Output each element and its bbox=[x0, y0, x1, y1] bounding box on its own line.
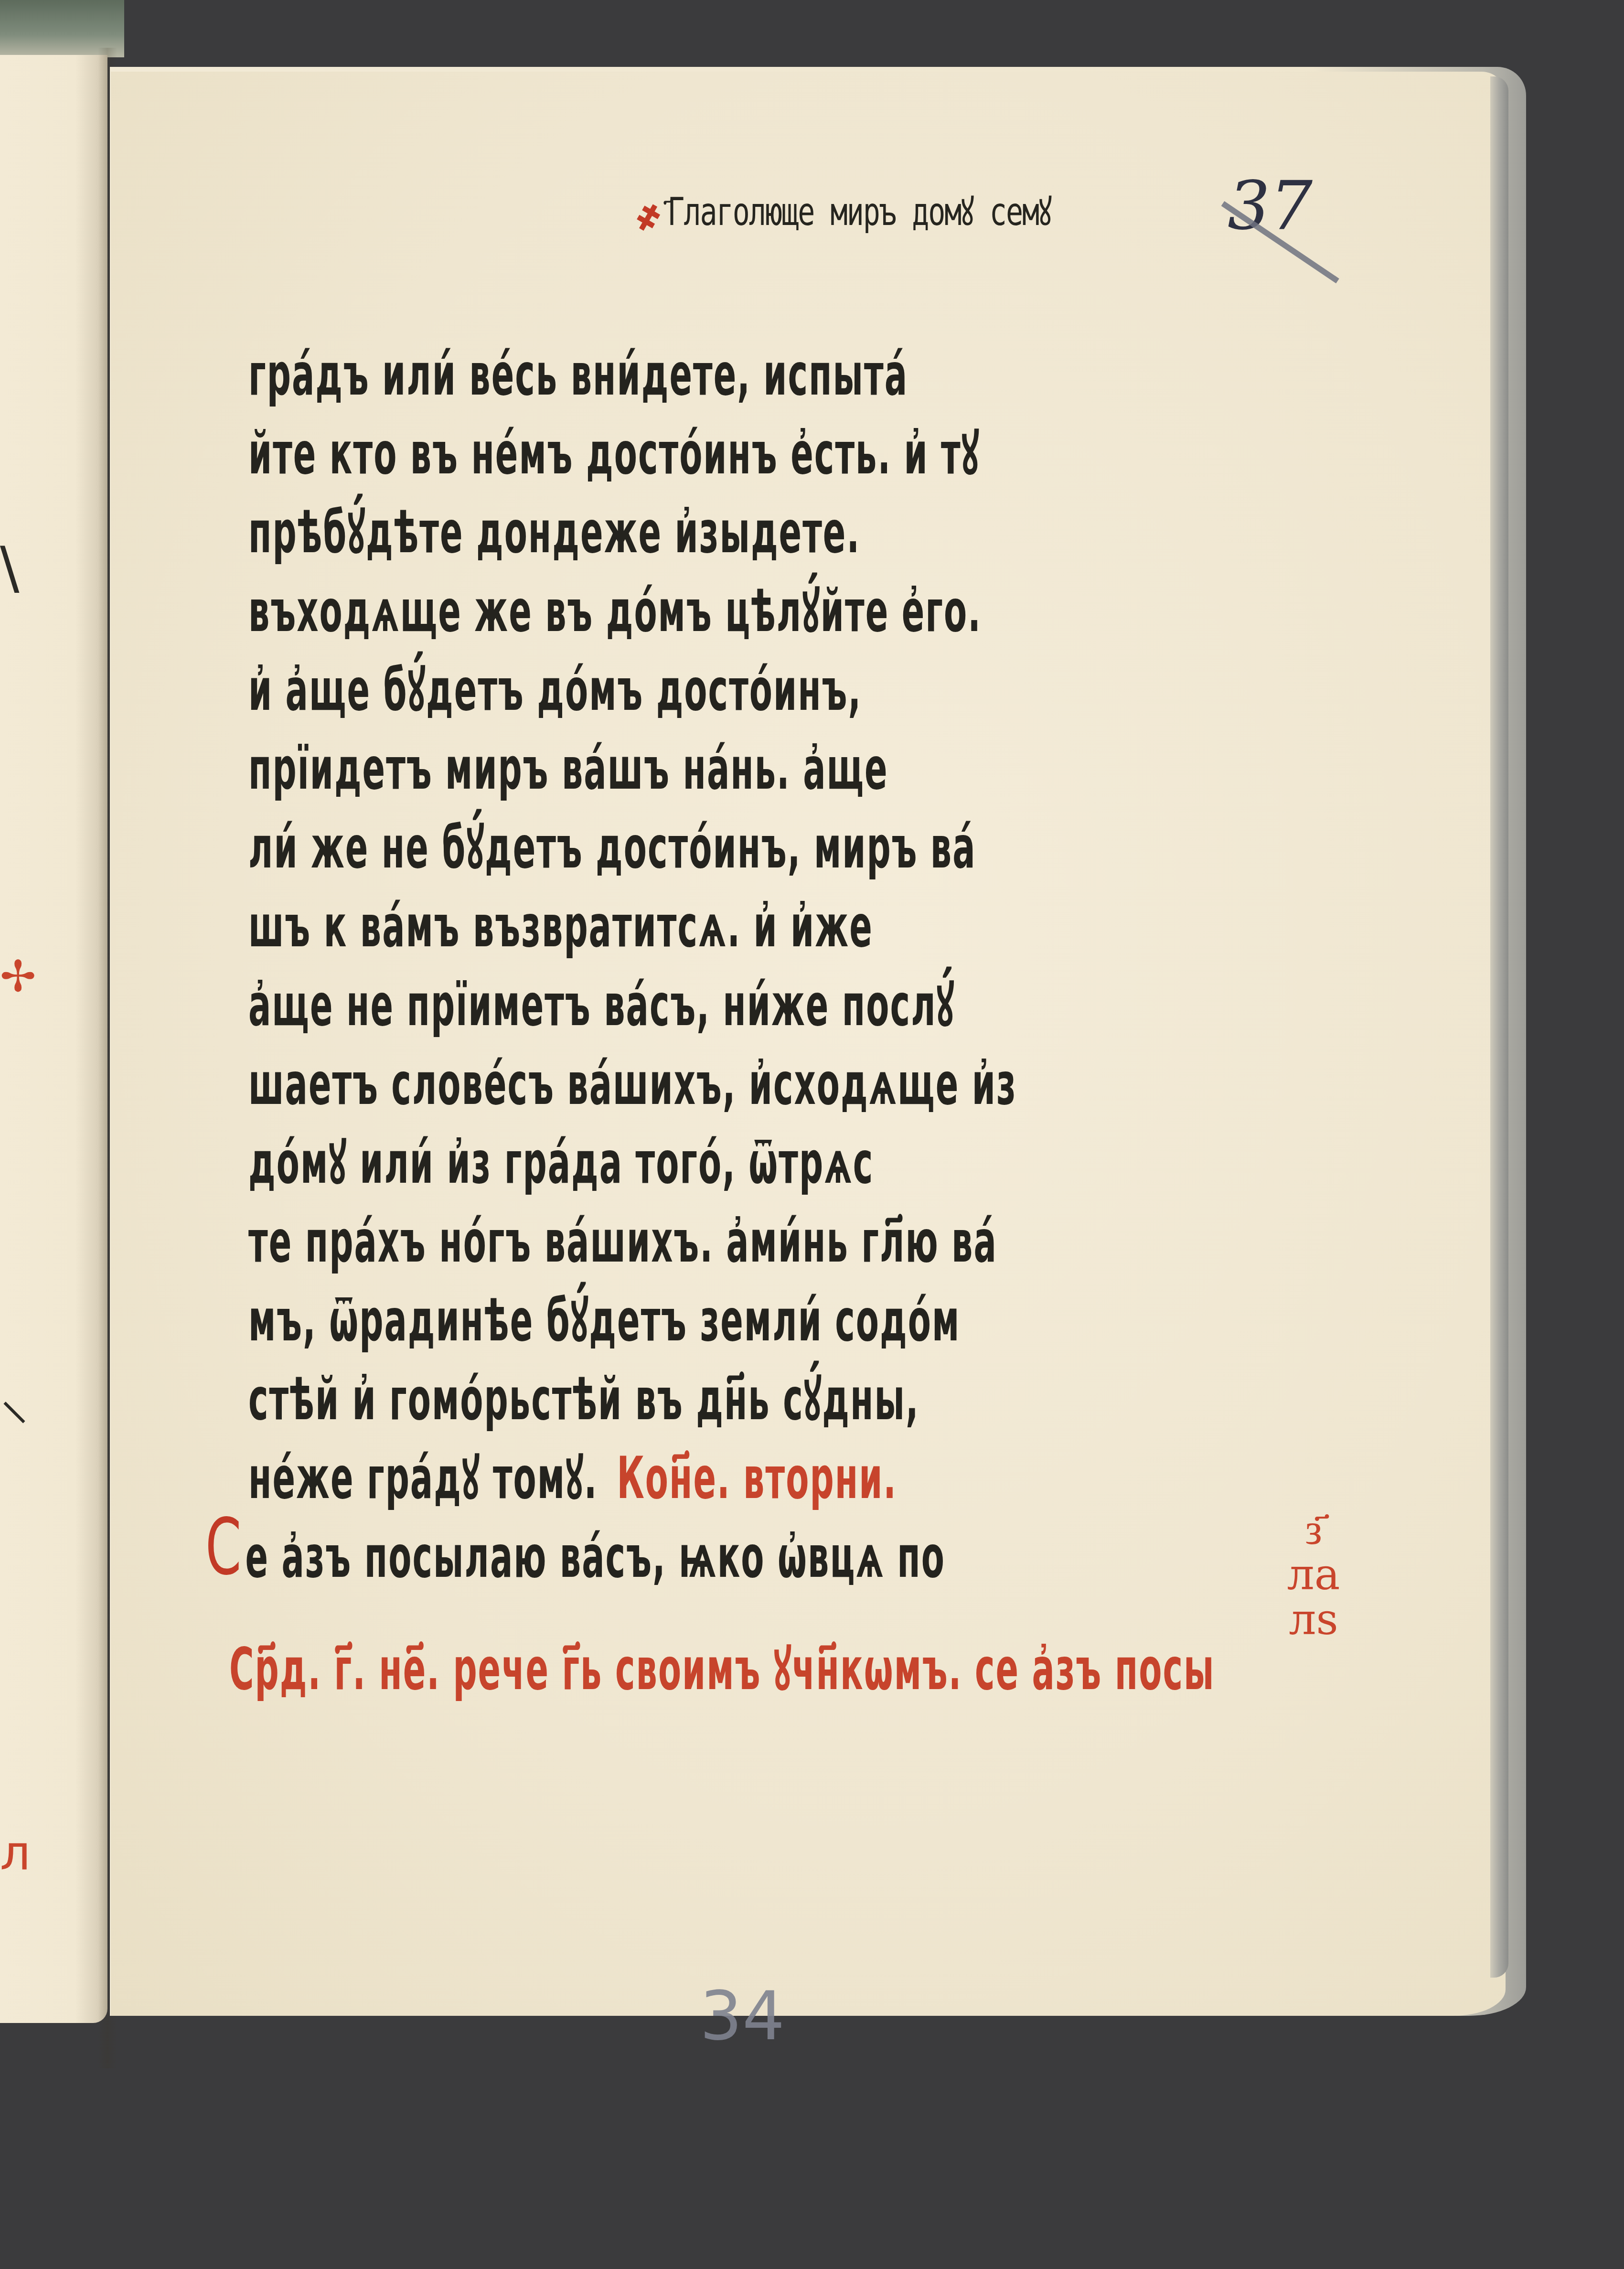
text-line: стѣй и҆ гомо́рьстѣй въ дн҃ь сꙋ́дны, bbox=[248, 1354, 1228, 1433]
page-fore-edge bbox=[1490, 76, 1508, 1978]
text-line: йте кто въ не́мъ досто́инъ е҆сть. и҆ тꙋ bbox=[248, 408, 1228, 487]
running-header: ҂ ҃Глаголюще миръ домꙋ семꙋ bbox=[635, 182, 1051, 239]
text-line: шъ к ва́мъ възвратитсѧ. и҆ и҆же bbox=[248, 881, 1228, 960]
text-line-content: не́же гра́дꙋ томꙋ. bbox=[248, 1450, 598, 1512]
folio-number: 37 bbox=[1223, 167, 1347, 263]
red-initial: С bbox=[205, 1509, 242, 1591]
text-line: С е а҆зъ посылаю ва́съ, ѩко ѡ҆вцѧ по bbox=[205, 1512, 1228, 1591]
text-line-content: въходѧще же въ до́мъ цѣлꙋ́йте е҆го. bbox=[248, 583, 982, 645]
text-line-content: гра́дъ или́ ве́сь вни́дете, испыта́ bbox=[248, 346, 908, 408]
left-page-fragment: ✢ bbox=[0, 955, 36, 998]
left-page-fragment: ⸌ bbox=[0, 1395, 29, 1452]
text-line: те пра́хъ но́гъ ва́шихъ. а҆ми́нь гл҃ю ва… bbox=[248, 1197, 1228, 1275]
section-mark-icon: ҂ bbox=[635, 184, 662, 236]
margin-note-line: лѕ bbox=[1285, 1597, 1342, 1643]
text-line: а҆ще не прїиметъ ва́съ, ни́же послꙋ́ bbox=[248, 960, 1228, 1039]
text-line: въходѧще же въ до́мъ цѣлꙋ́йте е҆го. bbox=[248, 566, 1228, 645]
text-line: и҆ а҆ще бꙋ́детъ до́мъ досто́инъ, bbox=[248, 645, 1228, 724]
text-line: до́мꙋ или́ и҆з гра́да того́, ѿтрѧс bbox=[248, 1118, 1228, 1197]
text-line-content: а҆ще не прїиметъ ва́съ, ни́же послꙋ́ bbox=[248, 977, 955, 1039]
main-text: гра́дъ или́ ве́сь вни́дете, испыта́ йте … bbox=[248, 330, 1228, 1703]
rubric-line: Ср҃д. г҃. не҃. рече г҃ь своимъ ꙋчн҃кѡмъ.… bbox=[229, 1624, 1228, 1703]
text-line: не́же гра́дꙋ томꙋ. Кон҃е. вторни. bbox=[248, 1433, 1228, 1512]
text-line-content: прїидетъ миръ ва́шъ на́нь. а҆ще bbox=[248, 740, 888, 803]
text-line-content: и҆ а҆ще бꙋ́детъ до́мъ досто́инъ, bbox=[248, 662, 862, 724]
left-page-fragment: л bbox=[0, 1830, 31, 1877]
text-line-content: шъ к ва́мъ възвратитсѧ. и҆ и҆же bbox=[248, 898, 873, 960]
rubric-end-marker: Кон҃е. вторни. bbox=[617, 1450, 897, 1512]
text-line: шаетъ слове́съ ва́шихъ, и҆сходѧще и҆з bbox=[248, 1039, 1228, 1118]
text-line: прѣбꙋ́дѣте дондеже и҆зыдете. bbox=[248, 487, 1228, 566]
pencil-page-number: 34 bbox=[700, 1978, 785, 2055]
text-line-content: е а҆зъ посылаю ва́съ, ѩко ѡ҆вцѧ по bbox=[245, 1529, 945, 1591]
text-line: мъ, ѿрадинѣе бꙋ́детъ земли́ содо́м bbox=[248, 1275, 1228, 1354]
text-line-content: прѣбꙋ́дѣте дондеже и҆зыдете. bbox=[248, 504, 860, 566]
left-page-fragment: \ bbox=[0, 540, 19, 597]
margin-note-line: ла bbox=[1285, 1552, 1342, 1598]
text-line-content: до́мꙋ или́ и҆з гра́да того́, ѿтрѧс bbox=[248, 1134, 874, 1197]
text-line: ли́ же не бꙋ́детъ досто́инъ, миръ ва́ bbox=[248, 803, 1228, 881]
text-line-content: те пра́хъ но́гъ ва́шихъ. а҆ми́нь гл҃ю ва… bbox=[248, 1213, 997, 1275]
facing-page-left bbox=[0, 55, 107, 2023]
running-title: ҃Глаголюще миръ домꙋ семꙋ bbox=[668, 184, 1051, 237]
margin-note-line: з҃ bbox=[1285, 1507, 1342, 1552]
rubric-line-content: Ср҃д. г҃. не҃. рече г҃ь своимъ ꙋчн҃кѡмъ.… bbox=[229, 1641, 1215, 1703]
text-line: прїидетъ миръ ва́шъ на́нь. а҆ще bbox=[248, 724, 1228, 803]
text-line-content: стѣй и҆ гомо́рьстѣй въ дн҃ь сꙋ́дны, bbox=[248, 1371, 919, 1433]
text-line: гра́дъ или́ ве́сь вни́дете, испыта́ bbox=[248, 330, 1228, 408]
text-line-content: ли́ же не бꙋ́детъ досто́инъ, миръ ва́ bbox=[248, 819, 976, 881]
text-line-content: йте кто въ не́мъ досто́инъ е҆сть. и҆ тꙋ bbox=[248, 425, 980, 487]
text-line-content: мъ, ѿрадинѣе бꙋ́детъ земли́ содо́м bbox=[248, 1292, 960, 1354]
text-line-content: шаетъ слове́съ ва́шихъ, и҆сходѧще и҆з bbox=[248, 1056, 1017, 1118]
margin-reading-number: з҃ ла лѕ bbox=[1285, 1507, 1342, 1643]
